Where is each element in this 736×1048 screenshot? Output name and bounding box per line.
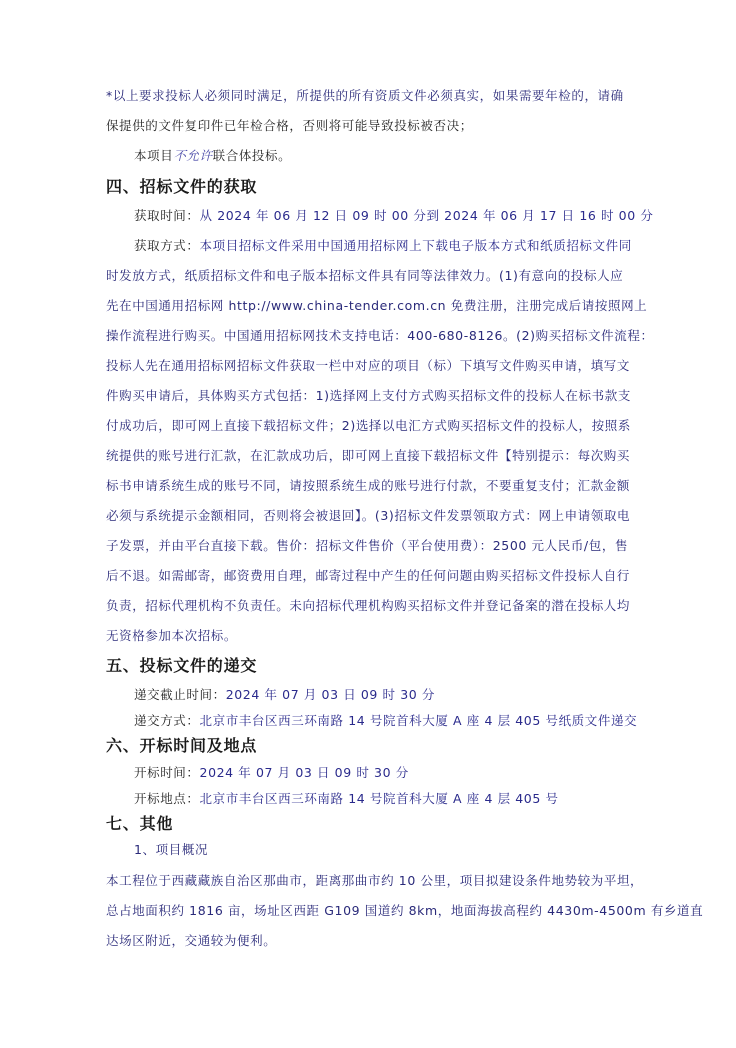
acquire-method-label: 获取方式： xyxy=(134,238,200,253)
acquire-method-line-0: 获取方式：本项目招标文件采用中国通用招标网上下载电子版本方式和纸质招标文件同 xyxy=(134,238,632,254)
acquire-method-line-7: 统提供的账号进行汇款，在汇款成功后，即可网上直接下载招标文件【特别提示：每次购买 xyxy=(106,448,632,464)
acquire-method-text: 本项目招标文件采用中国通用招标网上下载电子版本方式和纸质招标文件同 xyxy=(200,238,632,253)
acquire-time: 获取时间：从 2024 年 06 月 12 日 09 时 00 分到 2024 … xyxy=(134,208,660,224)
document-page: *以上要求投标人必须同时满足，所提供的所有资质文件必须真实，如果需要年检的，请确… xyxy=(0,0,736,1048)
submission-method-label: 递交方式： xyxy=(134,713,200,728)
opening-time-label: 开标时间： xyxy=(134,765,200,780)
acquire-method-line-12: 负责，招标代理机构不负责任。未向招标代理机构购买招标文件并登记备案的潜在投标人均 xyxy=(106,598,632,614)
intro-line-1: *以上要求投标人必须同时满足，所提供的所有资质文件必须真实，如果需要年检的，请确 xyxy=(106,88,632,104)
overview-line-0: 本工程位于西藏藏族自治区那曲市，距离那曲市约 10 公里，项目拟建设条件地势较为… xyxy=(106,873,632,889)
acquire-method-line-6: 付成功后，即可网上直接下载招标文件；2)选择以电汇方式购买招标文件的投标人，按照… xyxy=(106,418,632,434)
intro-line-2: 保提供的文件复印件已年检合格，否则将可能导致投标被否决； xyxy=(106,118,632,134)
acquire-method-line-3: 操作流程进行购买。中国通用招标网技术支持电话：400-680-8126。(2)购… xyxy=(106,328,632,344)
section-6-heading: 六、开标时间及地点 xyxy=(106,736,257,756)
submission-deadline: 递交截止时间：2024 年 07 月 03 日 09 时 30 分 xyxy=(134,687,660,703)
submission-deadline-value: 2024 年 07 月 03 日 09 时 30 分 xyxy=(226,687,435,702)
consortium-line: 本项目不允许联合体投标。 xyxy=(134,148,660,164)
acquire-time-label: 获取时间： xyxy=(134,208,200,223)
section-5-heading: 五、投标文件的递交 xyxy=(106,656,257,676)
acquire-method-line-4: 投标人先在通用招标网招标文件获取一栏中对应的项目（标）下填写文件购买申请，填写文 xyxy=(106,358,632,374)
opening-place: 开标地点：北京市丰台区西三环南路 14 号院首科大厦 A 座 4 层 405 号 xyxy=(134,791,660,807)
consortium-suffix: 联合体投标。 xyxy=(213,148,292,163)
section-4-heading: 四、招标文件的获取 xyxy=(106,177,257,197)
submission-deadline-label: 递交截止时间： xyxy=(134,687,226,702)
acquire-method-line-13: 无资格参加本次招标。 xyxy=(106,628,632,644)
overview-line-2: 达场区附近，交通较为便利。 xyxy=(106,933,632,949)
opening-place-value: 北京市丰台区西三环南路 14 号院首科大厦 A 座 4 层 405 号 xyxy=(200,791,559,806)
opening-time: 开标时间：2024 年 07 月 03 日 09 时 30 分 xyxy=(134,765,660,781)
acquire-method-line-1: 时发放方式，纸质招标文件和电子版本招标文件具有同等法律效力。(1)有意向的投标人… xyxy=(106,268,632,284)
acquire-method-line-9: 必须与系统提示金额相同，否则将会被退回】。(3)招标文件发票领取方式：网上申请领… xyxy=(106,508,632,524)
submission-method-value: 北京市丰台区西三环南路 14 号院首科大厦 A 座 4 层 405 号纸质文件递… xyxy=(200,713,638,728)
acquire-method-line-8: 标书申请系统生成的账号不同，请按照系统生成的账号进行付款，不要重复支付；汇款金额 xyxy=(106,478,632,494)
section-7-heading: 七、其他 xyxy=(106,814,173,834)
acquire-method-line-10: 子发票，并由平台直接下载。售价：招标文件售价（平台使用费）：2500 元人民币/… xyxy=(106,538,632,554)
opening-place-label: 开标地点： xyxy=(134,791,200,806)
consortium-value: 不允许 xyxy=(173,148,212,163)
overview-line-1: 总占地面积约 1816 亩，场址区西距 G109 国道约 8km，地面海拔高程约… xyxy=(106,903,632,919)
opening-time-value: 2024 年 07 月 03 日 09 时 30 分 xyxy=(200,765,409,780)
acquire-method-line-5: 件购买申请后，具体购买方式包括：1)选择网上支付方式购买招标文件的投标人在标书款… xyxy=(106,388,632,404)
submission-method: 递交方式：北京市丰台区西三环南路 14 号院首科大厦 A 座 4 层 405 号… xyxy=(134,713,660,729)
project-overview-subheading: 1、项目概况 xyxy=(134,842,660,858)
acquire-time-value: 从 2024 年 06 月 12 日 09 时 00 分到 2024 年 06 … xyxy=(200,208,654,223)
acquire-method-line-11: 后不退。如需邮寄，邮资费用自理，邮寄过程中产生的任何问题由购买招标文件投标人自行 xyxy=(106,568,632,584)
acquire-method-line-2: 先在中国通用招标网 http://www.china-tender.com.cn… xyxy=(106,298,632,314)
consortium-prefix: 本项目 xyxy=(134,148,173,163)
